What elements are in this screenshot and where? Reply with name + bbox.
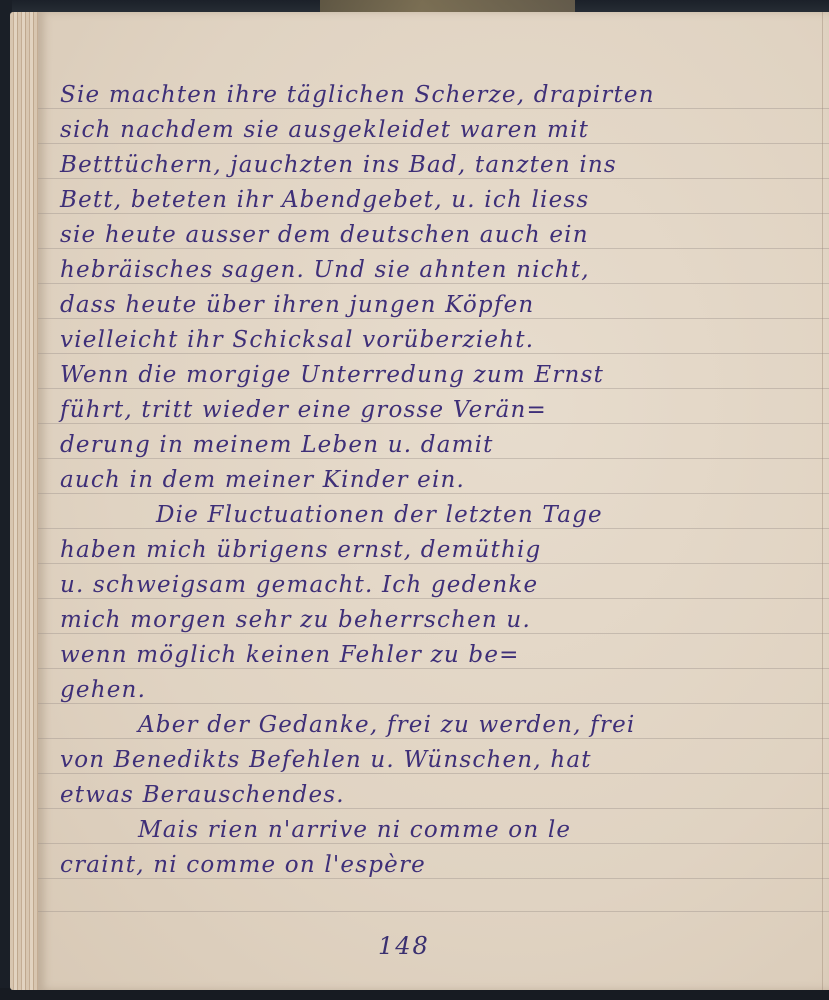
ruled-line [38, 388, 829, 389]
ruled-line [38, 703, 829, 704]
handwritten-line: auch in dem meiner Kinder ein. [60, 469, 465, 492]
ruled-line [38, 423, 829, 424]
ruled-line [38, 283, 829, 284]
handwritten-line: von Benedikts Befehlen u. Wünschen, hat [60, 749, 592, 772]
ruled-line [38, 738, 829, 739]
ruled-line [38, 248, 829, 249]
handwritten-line-indented: Aber der Gedanke, frei zu werden, frei [138, 714, 635, 737]
ruled-line [38, 353, 829, 354]
handwritten-line: wenn möglich keinen Fehler zu be= [60, 644, 520, 667]
ruled-line [38, 773, 829, 774]
ruled-line [38, 108, 829, 109]
ruled-line [38, 598, 829, 599]
handwritten-line: u. schweigsam gemacht. Ich gedenke [60, 574, 538, 597]
handwritten-line: führt, tritt wieder eine grosse Verän= [60, 399, 547, 422]
handwritten-line-indented: Mais rien n'arrive ni comme on le [138, 819, 571, 842]
ruled-line [38, 528, 829, 529]
ruled-line [38, 213, 829, 214]
handwritten-line-indented: Die Fluctuationen der letzten Tage [156, 504, 603, 527]
handwritten-line: hebräisches sagen. Und sie ahnten nicht, [60, 259, 590, 282]
handwritten-line: vielleicht ihr Schicksal vorüberzieht. [60, 329, 534, 352]
ruled-line [38, 178, 829, 179]
handwritten-line: Sie machten ihre täglichen Scherze, drap… [60, 84, 655, 107]
ruled-line [38, 808, 829, 809]
handwritten-line: haben mich übrigens ernst, demüthig [60, 539, 541, 562]
handwritten-line: craint, ni comme on l'espère [60, 854, 426, 877]
handwritten-line: sich nachdem sie ausgekleidet waren mit [60, 119, 589, 142]
ruled-line [38, 563, 829, 564]
ruled-line [38, 493, 829, 494]
handwritten-line: gehen. [60, 679, 146, 702]
ruled-line [38, 318, 829, 319]
ruled-line [38, 878, 829, 879]
handwritten-line: mich morgen sehr zu beherrschen u. [60, 609, 531, 632]
handwritten-line: dass heute über ihren jungen Köpfen [60, 294, 534, 317]
handwritten-line: Bett, beteten ihr Abendgebet, u. ich lie… [60, 189, 589, 212]
ruled-line [38, 668, 829, 669]
ruled-line [38, 458, 829, 459]
handwritten-line: sie heute ausser dem deutschen auch ein [60, 224, 589, 247]
notebook-page: Sie machten ihre täglichen Scherze, drap… [38, 12, 829, 990]
handwritten-line: Wenn die morgige Unterredung zum Ernst [60, 364, 604, 387]
handwritten-line: etwas Berauschendes. [60, 784, 345, 807]
page-number: 148 [378, 932, 430, 960]
ruled-line [38, 633, 829, 634]
ruled-line [38, 843, 829, 844]
handwritten-line: Betttüchern, jauchzten ins Bad, tanzten … [60, 154, 617, 177]
handwritten-line: derung in meinem Leben u. damit [60, 434, 494, 457]
ruled-line [38, 143, 829, 144]
ruled-line [38, 911, 829, 912]
